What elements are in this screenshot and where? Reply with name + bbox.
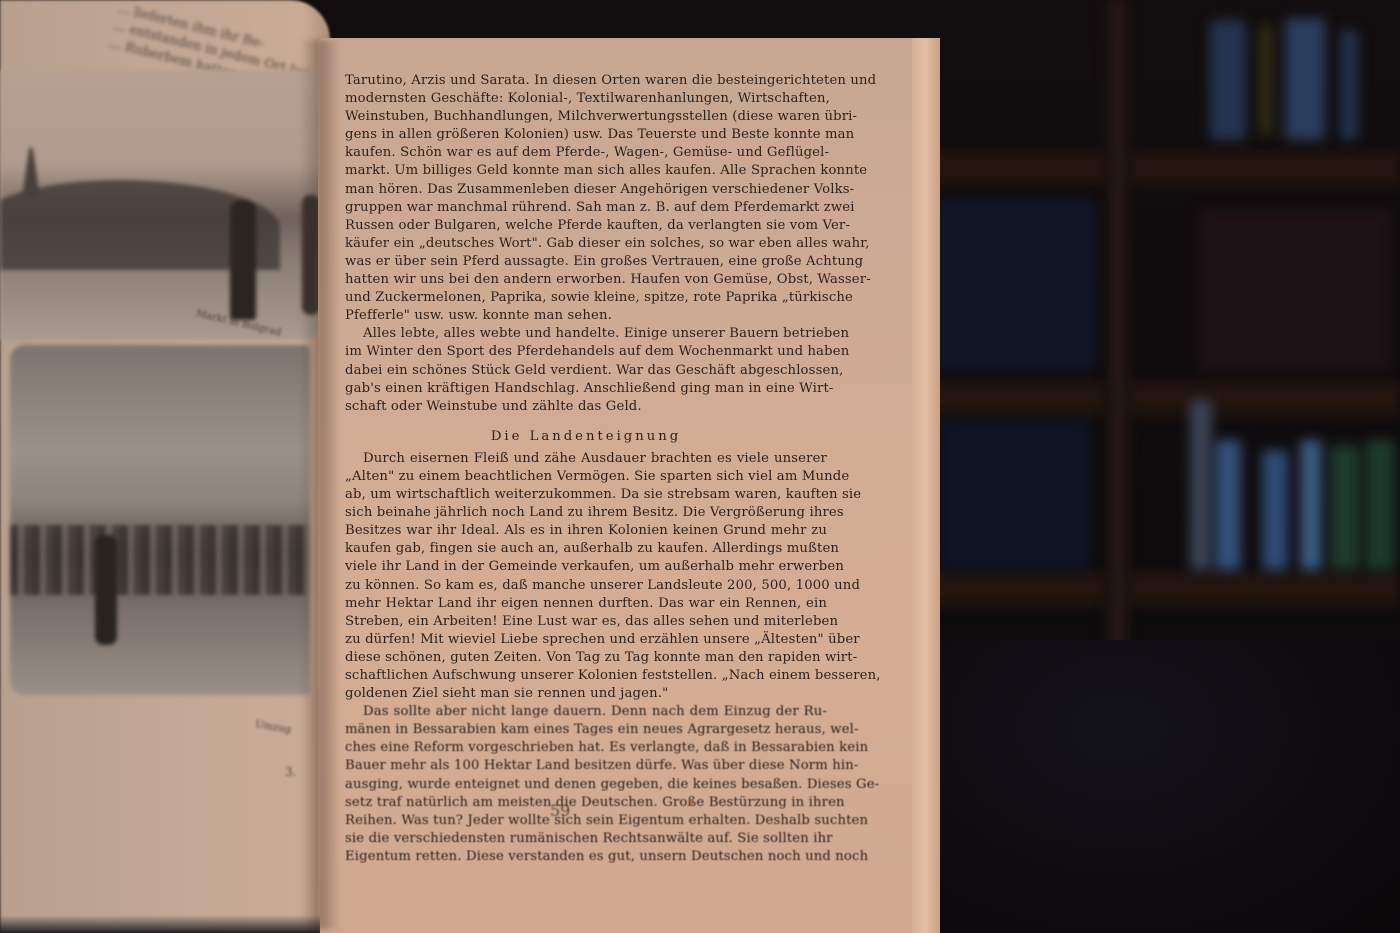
text-line: hatten wir uns bei den andern erworben. … xyxy=(345,271,827,289)
photo-crowd-scene xyxy=(10,345,310,695)
paragraph: Alles lebte, alles webte und handelte. E… xyxy=(345,325,827,415)
text-line: Streben, ein Arbeiten! Eine Lust war es,… xyxy=(345,613,827,631)
page-edge xyxy=(912,38,940,933)
text-line: diese schönen, guten Zeiten. Von Tag zu … xyxy=(345,649,827,667)
paragraph: Durch eisernen Fleiß und zähe Ausdauer b… xyxy=(345,450,827,703)
page-number: 59 xyxy=(550,801,570,820)
text-line: Pfefferle" usw. usw. konnte man sehen. xyxy=(345,307,827,325)
text-line: schaft oder Weinstube und zählte das Gel… xyxy=(345,398,827,416)
text-line: Russen oder Bulgaren, welche Pferde kauf… xyxy=(345,217,827,235)
text-line: markt. Um billiges Geld konnte man sich … xyxy=(345,162,827,180)
text-line: ab, um wirtschaftlich weiterzukommen. Da… xyxy=(345,486,827,504)
photo-crowd xyxy=(10,525,310,595)
text-line: Eigentum retten. Diese verstanden es gut… xyxy=(345,848,827,866)
text-line: dabei ein schönes Stück Geld verdient. W… xyxy=(345,362,827,380)
page-text-block: Tarutino, Arzis und Sarata. In diesen Or… xyxy=(345,72,827,866)
text-line: Tarutino, Arzis und Sarata. In diesen Or… xyxy=(345,72,827,90)
text-line: Weinstuben, Buchhandlungen, Milchverwert… xyxy=(345,108,827,126)
text-line: was er über sein Pferd aussagte. Ein gro… xyxy=(345,253,827,271)
text-line: viele ihr Land in der Gemeinde verkaufen… xyxy=(345,558,827,576)
section-heading: Die Landenteignung xyxy=(345,428,827,446)
text-line: und Zuckermelonen, Paprika, sowie kleine… xyxy=(345,289,827,307)
text-line: kaufen. Schön war es auf dem Pferde-, Wa… xyxy=(345,144,827,162)
text-line: käufer ein „deutsches Wort". Gab dieser … xyxy=(345,235,827,253)
text-line: goldenen Ziel sieht man sie rennen und j… xyxy=(345,685,827,703)
open-book: ... lieferten ihm ihr Be- ... entstanden… xyxy=(0,0,1400,933)
text-line: kaufen gab, fingen sie auch an, außerhal… xyxy=(345,540,827,558)
text-line: gens in allen größeren Kolonien) usw. Da… xyxy=(345,126,827,144)
text-line: man hören. Das Zusammenleben dieser Ange… xyxy=(345,181,827,199)
text-line: im Winter den Sport des Pferdehandels au… xyxy=(345,343,827,361)
photo-market-scene xyxy=(0,70,325,340)
text-line: Durch eisernen Fleiß und zähe Ausdauer b… xyxy=(345,450,827,468)
text-line: ausging, wurde enteignet und denen gegeb… xyxy=(345,776,827,794)
text-line: Bauer mehr als 100 Hektar Land besitzen … xyxy=(345,757,827,775)
text-line: schaftlichen Aufschwung unserer Kolonien… xyxy=(345,667,827,685)
text-line: zu können. So kam es, daß manche unserer… xyxy=(345,577,827,595)
left-page-marker: 3. xyxy=(285,765,296,779)
text-line: Das sollte aber nicht lange dauern. Denn… xyxy=(345,703,827,721)
paper-fleck xyxy=(690,800,693,806)
text-line: zu dürfen! Mit wieviel Liebe sprechen un… xyxy=(345,631,827,649)
text-line: gab's einen kräftigen Handschlag. Anschl… xyxy=(345,380,827,398)
text-line: sich beinahe jährlich noch Land zu ihrem… xyxy=(345,504,827,522)
text-line: Alles lebte, alles webte und handelte. E… xyxy=(345,325,827,343)
bottom-shadow xyxy=(0,915,320,933)
text-line: mänen in Bessarabien kam eines Tages ein… xyxy=(345,721,827,739)
text-line: Besitzes war ihr Ideal. Als es in ihren … xyxy=(345,522,827,540)
text-line: ches eine Reform vorgeschrieben hat. Es … xyxy=(345,739,827,757)
text-line: „Alten" zu einem beachtlichen Vermögen. … xyxy=(345,468,827,486)
photo-tower xyxy=(22,148,40,198)
paragraph: Das sollte aber nicht lange dauern. Denn… xyxy=(345,703,827,866)
text-line: gruppen war manchmal rührend. Sah man z.… xyxy=(345,199,827,217)
gutter-shadow xyxy=(300,40,340,930)
paragraph: Tarutino, Arzis und Sarata. In diesen Or… xyxy=(345,72,827,325)
text-line: modernsten Geschäfte: Kolonial-, Textilw… xyxy=(345,90,827,108)
text-line: sie die verschiedensten rumänischen Rech… xyxy=(345,830,827,848)
text-line: Reihen. Was tun? Jeder wollte sich sein … xyxy=(345,812,827,830)
text-line: setz traf natürlich am meisten die Deuts… xyxy=(345,794,827,812)
photo-person xyxy=(230,200,256,320)
text-line: mehr Hektar Land ihr eigen nennen durfte… xyxy=(345,595,827,613)
photo-person xyxy=(95,535,117,645)
